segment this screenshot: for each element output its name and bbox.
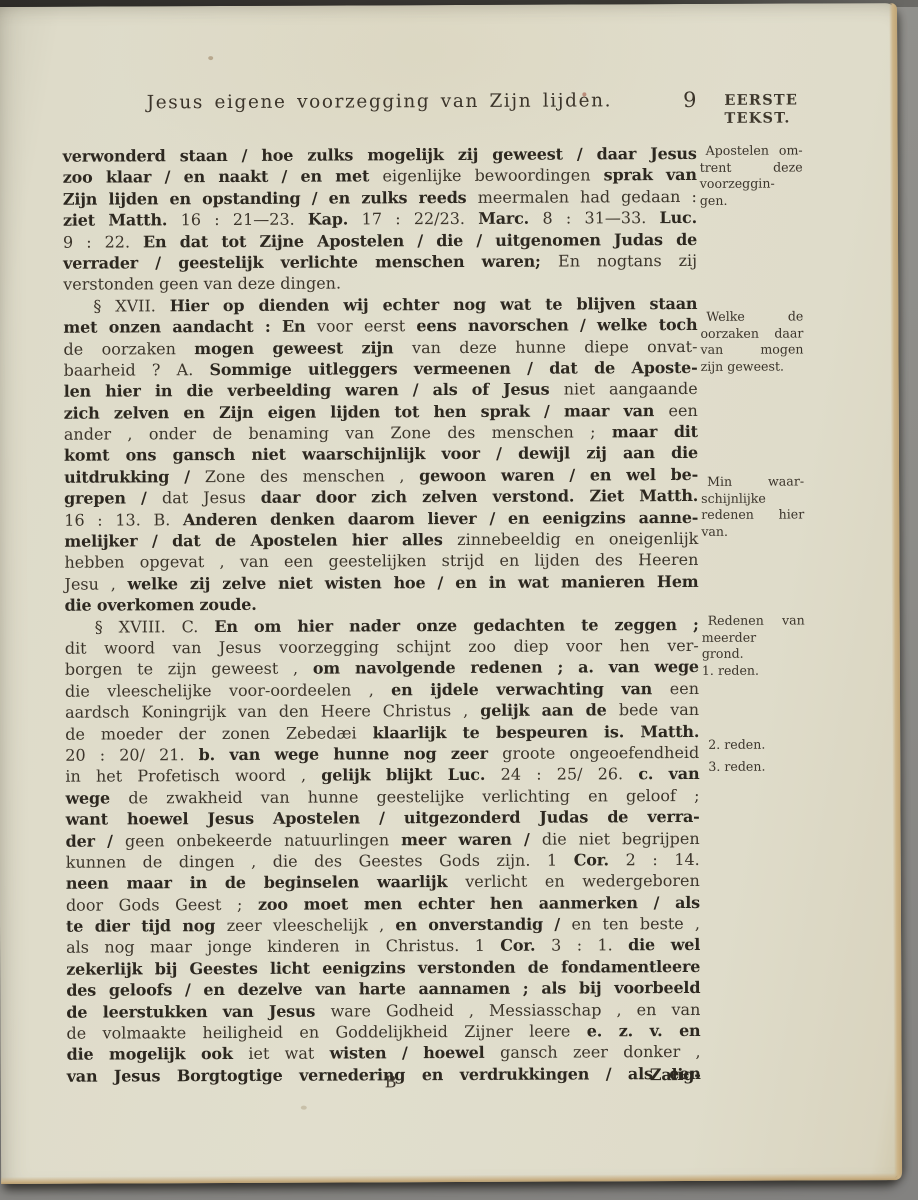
roman-text: de moeder der zonen Zebedæi [65, 723, 373, 743]
margin-note-line: 2. reden. [702, 736, 805, 753]
body-text-line: met onzen aandacht : En voor eerst eens … [63, 314, 697, 338]
roman-text: 20 : 20/ 21. [65, 745, 198, 765]
roman-text: eigenlijke bewoordingen [382, 166, 603, 186]
blackletter-text: c. van [638, 764, 699, 783]
roman-text: aardsch Koningrijk van den Heere Christu… [65, 701, 480, 722]
blackletter-text: Anderen denken daarom liever / en eenigz… [183, 508, 698, 529]
margin-note-line: zijn geweest. [701, 358, 804, 375]
blackletter-text: des geloofs / en dezelve van harte aanna… [66, 978, 700, 1000]
running-head: EERSTE TEKST. [724, 91, 834, 126]
blackletter-text: eens navorschen / welke toch [416, 315, 697, 335]
body-text-line: de leerstukken van Jesus ware Godheid , … [66, 999, 700, 1023]
blackletter-text: Marc. [478, 209, 542, 228]
body-text-line: de oorzaken mogen geweest zijn van deze … [63, 335, 697, 359]
blackletter-text: die wel [628, 935, 700, 954]
margin-note: Min waar-schijnlijkeredenen hiervan. [701, 473, 804, 540]
roman-text: 17 : 22/23. [362, 209, 479, 229]
body-text-line: grepen / dat Jesus daar door zich zelven… [64, 485, 698, 509]
blackletter-text: die mogelijk ook [67, 1044, 249, 1064]
body-text-line: § XVIII. C. En om hier nader onze gedach… [65, 614, 699, 638]
body-text-line: die mogelijk ook iet wat wisten / hoewel… [67, 1041, 701, 1065]
paper-speck [301, 1106, 307, 1110]
roman-text: niet aangaande [564, 379, 698, 399]
margin-note-line: trent deze [700, 159, 803, 176]
roman-text: zinnebeeldig en oneigenlijk [457, 529, 698, 549]
blackletter-text: welke zij zelve niet wisten hoe / en in … [127, 572, 698, 593]
body-text-line: ziet Matth. 16 : 21—23. Kap. 17 : 22/23.… [63, 207, 697, 231]
blackletter-text: daar door zich zelven verstond. Ziet Mat… [261, 486, 698, 507]
roman-text: geen onbekeerde natuurlingen [125, 830, 401, 850]
blackletter-text: te dier tijd nog [66, 916, 227, 936]
body-text-line: § XVII. Hier op dienden wij echter nog w… [63, 293, 697, 317]
roman-text: § XVIII. C. [95, 617, 215, 637]
roman-text: ander , onder de benaming van Zone des m… [64, 422, 612, 443]
blackletter-text: e. z. v. en [587, 1021, 701, 1040]
blackletter-text: Kap. [308, 210, 362, 229]
blackletter-text: neen maar in de beginselen waarlijk [66, 872, 465, 893]
roman-text: die niet begrijpen [542, 828, 700, 848]
roman-text: door Gods Geest ; [66, 895, 258, 915]
margin-note-line: Min waar- [701, 473, 804, 490]
blackletter-text: verwonderd staan / hoe zulks mogelijk zi… [63, 144, 697, 166]
blackletter-text: om navolgende redenen ; a. van wege [313, 657, 699, 678]
body-text-line: de volmaakte heiligheid en Goddelijkheid… [66, 1020, 700, 1044]
roman-text: kunnen de dingen , die des Geestes Gods … [66, 850, 574, 871]
margin-note: 3. reden. [702, 758, 805, 775]
blackletter-text: Cor. [500, 936, 551, 955]
roman-text: bede van [619, 700, 699, 719]
body-text-line: 9 : 22. En dat tot Zijne Apostelen / die… [63, 229, 697, 253]
margin-note: Redenen vanmeerdergrond.1. reden. [702, 612, 805, 679]
catchword: Zalig- [650, 1065, 701, 1084]
blackletter-text: zoo klaar / en naakt / en met [63, 167, 383, 187]
body-text-line: verwonderd staan / hoe zulks mogelijk zi… [63, 143, 697, 167]
blackletter-text: ziet Matth. [63, 210, 181, 230]
body-text-line: die vleeschelijke voor-oordeelen , en ij… [65, 678, 699, 702]
roman-text: Jesu , [64, 574, 127, 593]
blackletter-text: Zijn lijden en opstanding / en zulks ree… [63, 188, 478, 209]
blackletter-text: En om hier nader onze gedachten te zegge… [214, 615, 698, 636]
roman-text: 16 : 13. B. [64, 510, 183, 530]
body-text-line: de moeder der zonen Zebedæi klaarlijk te… [65, 720, 699, 744]
page-number: 9 [683, 88, 696, 112]
roman-text: als nog maar jonge kinderen in Christus.… [66, 936, 500, 957]
roman-text: meermalen had gedaan : [478, 187, 697, 207]
roman-text: 8 : 31—33. [542, 208, 659, 228]
roman-text: groote ongeoefendheid [502, 743, 699, 763]
paper-speck [208, 56, 213, 60]
margin-note-line: Welke de [700, 308, 803, 325]
body-text-line: die overkomen zoude. [65, 592, 699, 616]
roman-text: 16 : 21—23. [181, 210, 308, 230]
roman-text: een [670, 679, 699, 698]
body-text-line: in het Profetisch woord , gelijk blijkt … [65, 763, 699, 787]
margin-note-line: schijnlijke [701, 490, 804, 507]
body-text-line: wege de zwakheid van hunne geestelijke v… [65, 785, 699, 809]
roman-text: de oorzaken [63, 339, 194, 359]
body-text-line: hebben opgevat , van een geestelijken st… [64, 549, 698, 573]
blackletter-text: mogen geweest zijn [194, 338, 412, 358]
page-bottom-edge [1, 1173, 902, 1184]
body-text-line: melijker / dat de Apostelen hier alles z… [64, 528, 698, 552]
roman-text: en ten beste , [571, 914, 700, 934]
page-header: Jesus eigene voorzegging van Zijn lijden… [62, 90, 696, 114]
roman-text: een [668, 401, 697, 420]
roman-text: zeer vleeschelijk , [227, 915, 396, 935]
roman-text: baarheid ? A. [64, 360, 210, 380]
margin-note-line: voorzeggin- [700, 176, 803, 193]
roman-text: 9 : 22. [63, 232, 143, 251]
margin-note-line: van mogen [700, 342, 803, 359]
header-title: Jesus eigene voorzegging van Zijn lijden… [62, 90, 696, 114]
roman-text: van deze hunne diepe onvat- [412, 336, 698, 356]
signature-mark: B [385, 1072, 397, 1091]
body-text-line: verstonden geen van deze dingen. [63, 271, 697, 295]
blackletter-text: gelijk aan de [480, 700, 619, 720]
margin-note: Welke deoorzaken daarvan mogenzijn gewee… [700, 308, 803, 375]
margin-note-line: Apostelen om- [700, 142, 803, 159]
blackletter-text: zich zelven en Zijn eigen lijden tot hen… [64, 401, 669, 423]
roman-text: de zwakheid van hunne geestelijke verlic… [128, 786, 699, 807]
blackletter-text: Sommige uitleggers vermeenen / dat de Ap… [209, 358, 697, 379]
body-text-line: baarheid ? A. Sommige uitleggers vermeen… [64, 357, 698, 381]
blackletter-text: der / [66, 831, 125, 850]
roman-text: die vleeschelijke voor-oordeelen , [65, 680, 391, 700]
margin-note-line: grond. [702, 646, 805, 663]
roman-text: 2 : 14. [626, 850, 700, 869]
body-text-line: als nog maar jonge kinderen in Christus.… [66, 934, 700, 958]
roman-text: verstonden geen van deze dingen. [63, 274, 341, 294]
blackletter-text: melijker / dat de Apostelen hier alles [64, 530, 457, 551]
blackletter-text: gewoon waren / en wel be- [419, 465, 698, 485]
running-head-line: EERSTE [724, 91, 834, 109]
blackletter-text: uitdrukking / [64, 467, 205, 487]
blackletter-text: len hier in die verbeelding waren / als … [64, 380, 564, 401]
body-text-line: zich zelven en Zijn eigen lijden tot hen… [64, 400, 698, 424]
blackletter-text: wege [65, 788, 128, 807]
body-text-line: 20 : 20/ 21. b. van wege hunne nog zeer … [65, 742, 699, 766]
book-page: Jesus eigene voorzegging van Zijn lijden… [0, 3, 902, 1184]
running-head-line: TEKST. [724, 109, 834, 127]
page-fore-edge [889, 3, 902, 1180]
margin-note-line: 1. reden. [702, 662, 805, 679]
margin-note-line: oorzaken daar [700, 325, 803, 342]
roman-text: gansch zeer donker , [500, 1042, 701, 1062]
roman-text: iet wat [248, 1044, 329, 1063]
body-text-line: want hoewel Jesus Apostelen / uitgezonde… [65, 806, 699, 830]
margin-note-line: van. [701, 523, 804, 540]
roman-text: verlicht en wedergeboren [465, 871, 700, 891]
blackletter-text: komt ons gansch niet waarschijnlijk voor… [64, 443, 698, 465]
margin-note: Apostelen om-trent dezevoorzeggin-gen. [700, 142, 803, 209]
roman-text: 24 : 25/ 26. [501, 765, 639, 785]
body-text-line: uitdrukking / Zone des menschen , gewoon… [64, 464, 698, 488]
blackletter-text: Cor. [574, 850, 626, 869]
roman-text: Zone des menschen , [205, 466, 419, 486]
blackletter-text: Luc. [659, 208, 696, 227]
roman-text: En nogtans zij [558, 251, 697, 271]
body-text-line: zoo klaar / en naakt / en met eigenlijke… [63, 164, 697, 188]
blackletter-text: met onzen aandacht : En [63, 317, 317, 337]
body-text-line: neen maar in de beginselen waarlijk verl… [66, 870, 700, 894]
blackletter-text: Hier op dienden wij echter nog wat te bl… [170, 294, 698, 315]
blackletter-text: en onverstandig / [395, 915, 571, 935]
blackletter-text: zekerlijk bij Geestes licht eenigzins ve… [66, 957, 700, 979]
roman-text: ware Godheid , Messiasschap , en van [331, 1000, 701, 1021]
blackletter-text: meer waren / [401, 829, 542, 849]
body-text-line: komt ons gansch niet waarschijnlijk voor… [64, 442, 698, 466]
blackletter-text: de leerstukken van Jesus [66, 1001, 330, 1021]
body-text-line: 16 : 13. B. Anderen denken daarom liever… [64, 507, 698, 531]
blackletter-text: klaarlijk te bespeuren is. Matth. [373, 721, 700, 741]
roman-text: § XVII. [93, 296, 170, 315]
body-text-line: der / geen onbekeerde natuurlingen meer … [66, 827, 700, 851]
body-text-line: borgen te zijn geweest , om navolgende r… [65, 656, 699, 680]
roman-text: dit woord van Jesus voorzegging schijnt … [65, 636, 699, 658]
blackletter-text: en ijdele verwachting van [391, 679, 670, 699]
blackletter-text: zoo moet men echter hen aanmerken / als [258, 893, 700, 914]
page-footer: B Zalig- [67, 1067, 701, 1094]
blackletter-text: b. van wege hunne nog zeer [199, 744, 503, 764]
roman-text: in het Profetisch woord , [65, 766, 321, 786]
margin-note: 2. reden. [702, 736, 805, 753]
blackletter-text: verrader / geestelijk verlichte menschen… [63, 252, 558, 273]
margin-note-line: meerder [702, 629, 805, 646]
blackletter-text: wisten / hoewel [330, 1043, 501, 1063]
scan-background: { "colors":{ "background_gray":"#8d8c88"… [0, 0, 918, 1200]
body-text-line: te dier tijd nog zeer vleeschelijk , en … [66, 913, 700, 937]
body-text-line: ander , onder de benaming van Zone des m… [64, 421, 698, 445]
blackletter-text: want hoewel Jesus Apostelen / uitgezonde… [66, 807, 700, 829]
body-text-line: len hier in die verbeelding waren / als … [64, 378, 698, 402]
margin-note-line: 3. reden. [702, 758, 805, 775]
body-text-line: Jesu , welke zij zelve niet wisten hoe /… [64, 571, 698, 595]
body-text-line: verrader / geestelijk verlichte menschen… [63, 250, 697, 274]
blackletter-text: maar dit [612, 422, 698, 441]
blackletter-text: grepen / [64, 489, 162, 508]
roman-text: voor eerst [317, 316, 417, 335]
roman-text: 3 : 1. [551, 936, 628, 955]
blackletter-text: die overkomen zoude. [65, 595, 257, 615]
body-text-line: des geloofs / en dezelve van harte aanna… [66, 977, 700, 1001]
roman-text: dat Jesus [162, 488, 261, 507]
body-text-line: aardsch Koningrijk van den Heere Christu… [65, 699, 699, 723]
body-text-line: zekerlijk bij Geestes licht eenigzins ve… [66, 956, 700, 980]
blackletter-text: sprak van [604, 165, 697, 184]
blackletter-text: gelijk blijkt Luc. [321, 765, 500, 785]
roman-text: borgen te zijn geweest , [65, 659, 313, 679]
roman-text: hebben opgevat , van een geestelijken st… [64, 550, 698, 572]
roman-text: de volmaakte heiligheid en Goddelijkheid… [66, 1021, 586, 1042]
margin-note-line: gen. [700, 192, 803, 209]
body-text: verwonderd staan / hoe zulks mogelijk zi… [63, 143, 701, 1087]
body-text-line: dit woord van Jesus voorzegging schijnt … [65, 635, 699, 659]
blackletter-text: En dat tot Zijne Apostelen / die / uitge… [143, 230, 697, 251]
body-text-line: kunnen de dingen , die des Geestes Gods … [66, 849, 700, 873]
body-text-line: Zijn lijden en opstanding / en zulks ree… [63, 186, 697, 210]
body-text-line: door Gods Geest ; zoo moet men echter he… [66, 892, 700, 916]
margin-note-line: Redenen van [702, 612, 805, 629]
margin-note-line: redenen hier [701, 507, 804, 524]
